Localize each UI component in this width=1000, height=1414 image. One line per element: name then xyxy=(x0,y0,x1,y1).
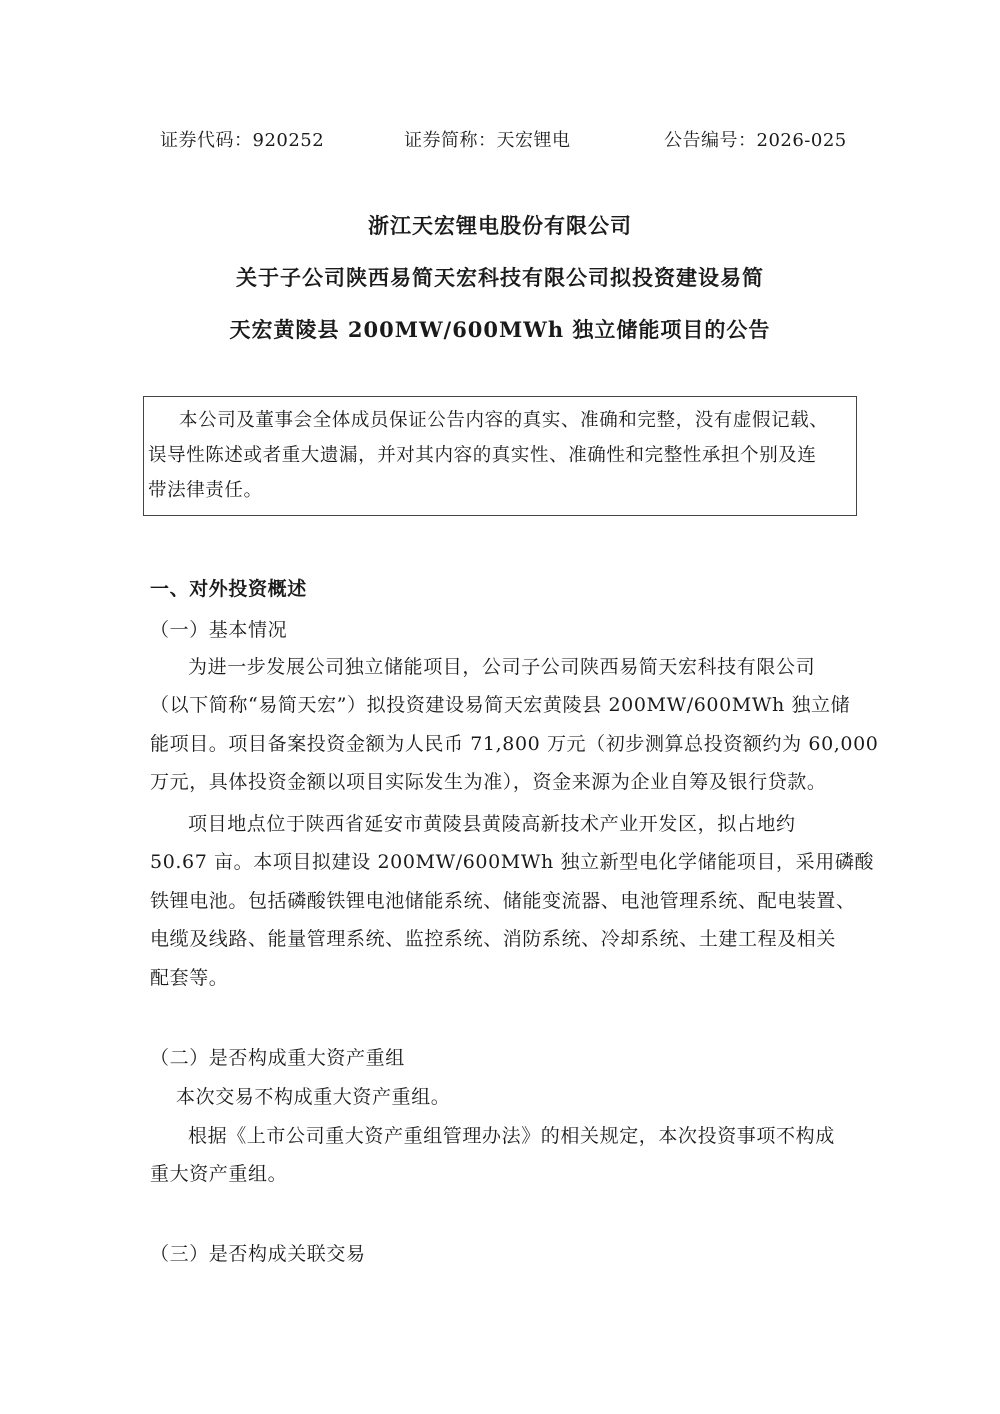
paragraph-line: 根据《上市公司重大资产重组管理办法》的相关规定，本次投资事项不构成 xyxy=(188,1124,835,1148)
announcement-header: 证券代码：920252 证券简称：天宏锂电 公告编号：2026-025 xyxy=(160,128,844,154)
stock-abbreviation: 证券简称：天宏锂电 xyxy=(404,128,571,154)
paragraph-line: 能项目。项目备案投资金额为人民币 71,800 万元（初步测算总投资额约为 60… xyxy=(150,732,878,756)
subsection-heading-basic-info: （一）基本情况 xyxy=(150,618,287,642)
board-guarantee-notice: 本公司及董事会全体成员保证公告内容的真实、准确和完整，没有虚假记载、 误导性陈述… xyxy=(143,396,857,516)
announcement-title-line-1: 关于子公司陕西易简天宏科技有限公司拟投资建设易简 xyxy=(0,264,1000,292)
notice-line: 误导性陈述或者重大遗漏，并对其内容的真实性、准确性和完整性承担个别及连 xyxy=(148,444,817,468)
announcement-number: 公告编号：2026-025 xyxy=(664,128,847,154)
notice-line: 本公司及董事会全体成员保证公告内容的真实、准确和完整，没有虚假记载、 xyxy=(179,409,828,433)
paragraph-line: 本次交易不构成重大资产重组。 xyxy=(176,1085,450,1109)
paragraph-line: 重大资产重组。 xyxy=(150,1162,287,1186)
company-name: 浙江天宏锂电股份有限公司 xyxy=(0,212,1000,240)
paragraph-line: 为进一步发展公司独立储能项目，公司子公司陕西易简天宏科技有限公司 xyxy=(188,655,815,679)
announcement-title-line-2: 天宏黄陵县 200MW/600MWh 独立储能项目的公告 xyxy=(0,316,1000,344)
notice-line: 带法律责任。 xyxy=(148,479,263,503)
paragraph-line: （以下简称“易简天宏”）拟投资建设易简天宏黄陵县 200MW/600MWh 独立… xyxy=(150,693,850,717)
stock-code: 证券代码：920252 xyxy=(160,128,324,154)
section-heading-investment-overview: 一、对外投资概述 xyxy=(150,577,307,601)
paragraph-line: 万元，具体投资金额以项目实际发生为准），资金来源为企业自筹及银行贷款。 xyxy=(150,770,827,794)
paragraph-line: 项目地点位于陕西省延安市黄陵县黄陵高新技术产业开发区，拟占地约 xyxy=(188,812,796,836)
document-page: 证券代码：920252 证券简称：天宏锂电 公告编号：2026-025 浙江天宏… xyxy=(0,0,1000,1414)
paragraph-line: 铁锂电池。包括磷酸铁锂电池储能系统、储能变流器、电池管理系统、配电装置、 xyxy=(150,889,856,913)
paragraph-line: 50.67 亩。本项目拟建设 200MW/600MWh 独立新型电化学储能项目，… xyxy=(150,850,874,874)
subsection-heading-related-party-transaction: （三）是否构成关联交易 xyxy=(150,1242,366,1266)
paragraph-line: 电缆及线路、能量管理系统、监控系统、消防系统、冷却系统、土建工程及相关 xyxy=(150,927,836,951)
paragraph-line: 配套等。 xyxy=(150,966,228,990)
subsection-heading-major-restructuring: （二）是否构成重大资产重组 xyxy=(150,1046,405,1070)
